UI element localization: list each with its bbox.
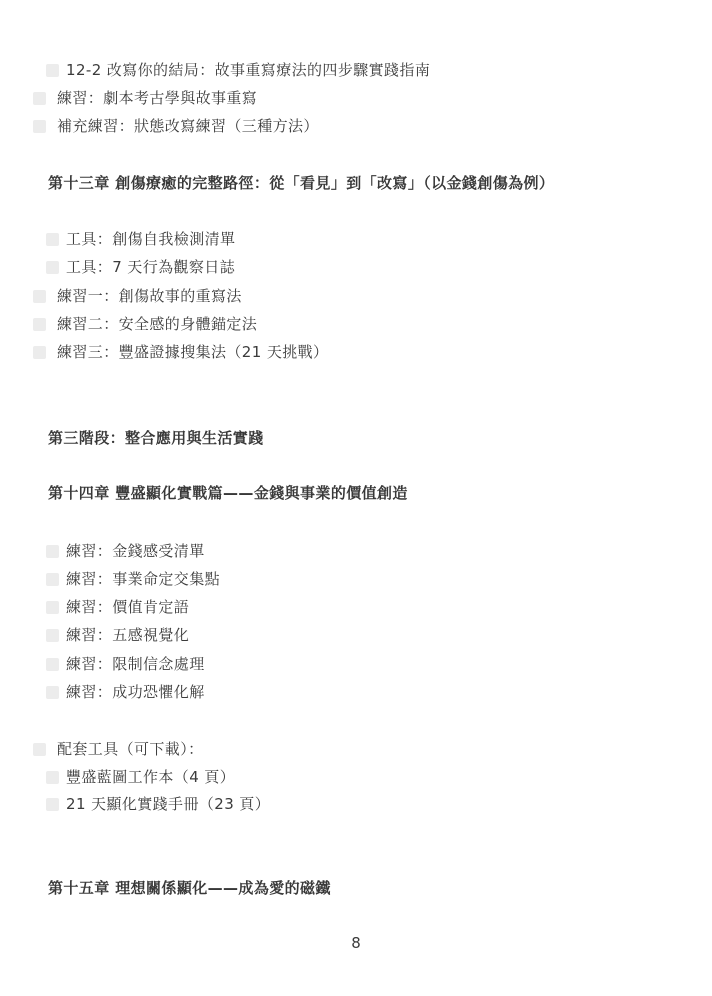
toc-item-text: 配套工具（可下載）： <box>57 740 204 758</box>
toc-item-text: 練習：金錢感受清單 <box>66 542 205 560</box>
toc-item: 練習：成功恐懼化解 <box>46 683 205 701</box>
toc-item-text: 練習：價值肯定語 <box>66 598 189 616</box>
toc-item-text: 練習二：安全感的身體錨定法 <box>57 315 257 333</box>
toc-item-text: 工具：創傷自我檢測清單 <box>66 230 235 248</box>
bullet-marker-icon <box>46 798 59 811</box>
chapter-heading-text: 第十四章 豐盛顯化實戰篇——金錢與事業的價值創造 <box>48 484 408 502</box>
toc-item: 12-2 改寫你的結局：故事重寫療法的四步驟實踐指南 <box>46 61 430 79</box>
stage-heading-text: 第三階段：整合應用與生活實踐 <box>48 429 264 447</box>
stage-heading: 第三階段：整合應用與生活實踐 <box>48 429 264 447</box>
bullet-marker-icon <box>46 261 59 274</box>
toc-item-text: 豐盛藍圖工作本（4 頁） <box>66 768 235 786</box>
toc-item-text: 補充練習：狀態改寫練習（三種方法） <box>57 117 319 135</box>
toc-item: 練習：金錢感受清單 <box>46 542 205 560</box>
toc-item: 練習：限制信念處理 <box>46 655 205 673</box>
toc-item: 練習：劇本考古學與故事重寫 <box>33 89 257 107</box>
toc-item: 補充練習：狀態改寫練習（三種方法） <box>33 117 319 135</box>
bullet-marker-icon <box>46 601 59 614</box>
toc-item-text: 練習：五感視覺化 <box>66 626 189 644</box>
toc-item-text: 練習：劇本考古學與故事重寫 <box>57 89 257 107</box>
bullet-marker-icon <box>46 686 59 699</box>
toc-item: 工具：創傷自我檢測清單 <box>46 230 235 248</box>
toc-item: 21 天顯化實踐手冊（23 頁） <box>46 795 270 813</box>
bullet-marker-icon <box>33 743 46 756</box>
bullet-marker-icon <box>46 629 59 642</box>
toc-item: 豐盛藍圖工作本（4 頁） <box>46 768 235 786</box>
bullet-marker-icon <box>46 233 59 246</box>
toc-item-text: 練習：成功恐懼化解 <box>66 683 205 701</box>
toc-item-text: 練習三：豐盛證據搜集法（21 天挑戰） <box>57 343 328 361</box>
bullet-marker-icon <box>33 290 46 303</box>
bullet-marker-icon <box>46 658 59 671</box>
toc-item: 練習一：創傷故事的重寫法 <box>33 287 242 305</box>
toc-item-text: 練習：事業命定交集點 <box>66 570 220 588</box>
bullet-marker-icon <box>33 318 46 331</box>
toc-item-text: 21 天顯化實踐手冊（23 頁） <box>66 795 270 813</box>
toc-item-text: 練習：限制信念處理 <box>66 655 205 673</box>
chapter-heading: 第十四章 豐盛顯化實戰篇——金錢與事業的價值創造 <box>48 484 408 502</box>
document-page: 12-2 改寫你的結局：故事重寫療法的四步驟實踐指南 練習：劇本考古學與故事重寫… <box>0 0 712 996</box>
toc-item-text: 工具：7 天行為觀察日誌 <box>66 258 235 276</box>
toc-item: 練習：事業命定交集點 <box>46 570 220 588</box>
bullet-marker-icon <box>33 120 46 133</box>
chapter-heading: 第十五章 理想關係顯化——成為愛的磁鐵 <box>48 879 331 897</box>
toc-item-text: 12-2 改寫你的結局：故事重寫療法的四步驟實踐指南 <box>66 61 430 79</box>
bullet-marker-icon <box>46 573 59 586</box>
toc-item: 配套工具（可下載）： <box>33 740 204 758</box>
toc-item: 工具：7 天行為觀察日誌 <box>46 258 235 276</box>
bullet-marker-icon <box>33 92 46 105</box>
toc-item: 練習：五感視覺化 <box>46 626 189 644</box>
toc-item: 練習：價值肯定語 <box>46 598 189 616</box>
chapter-heading-text: 第十五章 理想關係顯化——成為愛的磁鐵 <box>48 879 331 897</box>
bullet-marker-icon <box>46 64 59 77</box>
toc-item: 練習三：豐盛證據搜集法（21 天挑戰） <box>33 343 328 361</box>
bullet-marker-icon <box>46 771 59 784</box>
bullet-marker-icon <box>46 545 59 558</box>
toc-item: 練習二：安全感的身體錨定法 <box>33 315 257 333</box>
bullet-marker-icon <box>33 346 46 359</box>
chapter-heading-text: 第十三章 創傷療癒的完整路徑：從「看見」到「改寫」（以金錢創傷為例） <box>48 174 554 192</box>
chapter-heading: 第十三章 創傷療癒的完整路徑：從「看見」到「改寫」（以金錢創傷為例） <box>48 174 554 192</box>
page-number: 8 <box>0 934 712 952</box>
toc-item-text: 練習一：創傷故事的重寫法 <box>57 287 242 305</box>
